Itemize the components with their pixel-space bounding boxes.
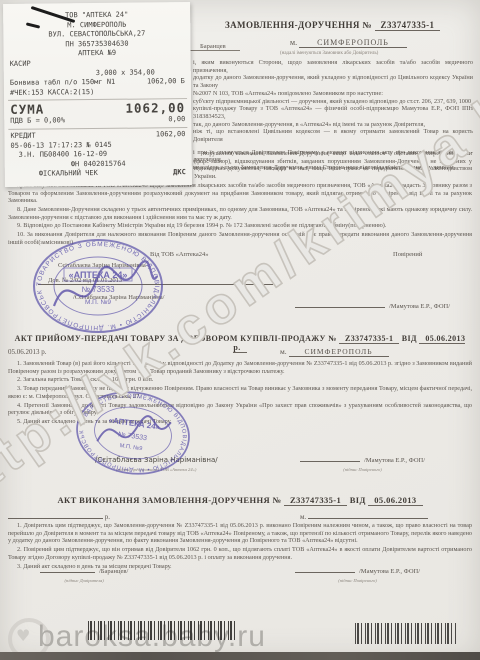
act2-left-letter-text: р.	[105, 513, 110, 521]
receipt-vat-row: ПДВ Б = 0,00% 0,00	[10, 115, 185, 126]
order-city-line: м. СИМФЕРОПОЛЬ	[290, 38, 407, 47]
receipt-fiscal-row: ФІСКАЛЬНИЙ ЧЕК ДКС	[11, 168, 186, 179]
act2-title: АКТ ВИКОНАННЯ ЗАМОВЛЕННЯ-ДОРУЧЕННЯ № Z33…	[8, 495, 472, 505]
order-title-text: ЗАМОВЛЕННЯ-ДОРУЧЕННЯ №	[225, 20, 372, 30]
act2-title-text: АКТ ВИКОНАННЯ ЗАМОВЛЕННЯ-ДОРУЧЕННЯ №	[57, 495, 281, 505]
mid-right-signature-block: /Мамутова Е.Р., ФОП/	[295, 295, 465, 313]
act1-right-signature-caption: (підпис Повіреного)	[300, 467, 425, 472]
order-body-line: купівлі-продажу Товару з ТОВ «Аптека24» …	[193, 105, 473, 120]
heart-icon: ♥	[16, 626, 30, 645]
act2-left-signature-caption: (підпис Довірителя)	[40, 578, 128, 583]
act1-right-signature: /Мамутова Е.Р., ФОП/	[364, 457, 425, 464]
act2-right-letter: м.	[300, 509, 428, 521]
order-paragraph: порушення виконання Замовлення-Доручення…	[194, 150, 472, 181]
order-body-line: так, до даного Замовлення-доручення, в «…	[193, 121, 473, 129]
order-city: СИМФЕРОПОЛЬ	[299, 38, 407, 48]
receipt-fiscal-tag: ДКС	[173, 168, 186, 178]
scan-edge-strip	[0, 652, 480, 660]
order-paragraph: 8. Дане Замовлення-Доручення складено у …	[8, 206, 472, 221]
stamp-mp-label: М.П. №9	[119, 443, 142, 452]
receipt-item-amount: 1062,00 Б	[147, 77, 185, 87]
act2-left-signature: /Баранцев/	[99, 568, 128, 575]
order-city-prefix: м.	[290, 38, 297, 47]
round-stamp-apteka24-1: ТОВАРИСТВО З ОБМЕЖЕНОЮ ВІДПОВІДАЛЬНІСТЮ …	[24, 236, 172, 336]
barcode-right	[355, 623, 457, 644]
order-title: ЗАМОВЛЕННЯ-ДОРУЧЕННЯ № Z33747335-1	[225, 20, 440, 30]
act2-paragraph: 1. Довіритель цим підтверджує, що Замовл…	[8, 522, 472, 545]
act2-right-letter-text: м.	[300, 513, 306, 521]
order-body-line: додатку до даного Замовлення-доручення, …	[193, 74, 473, 89]
act1-city-prefix: м.	[280, 347, 287, 356]
receipt-item-name: Бонвива табл п/о 150мг N1	[10, 78, 115, 89]
order-body-line: суб'єкту підприємницької діяльності — до…	[193, 98, 473, 106]
fiscal-receipt: ТОВ "АПТЕКА 24" М. СИМФЕРОПОЛЬ ВУЛ. СЕВА…	[3, 2, 192, 187]
act1-title: АКТ ПРИЙОМУ-ПЕРЕДАЧІ ТОВАРУ ЗА ДОГОВОРОМ…	[8, 334, 472, 352]
receipt-credit-value: 1062,00	[156, 130, 186, 140]
receipt-item-row: Бонвива табл п/о 150мг N1 1062,00 Б	[10, 77, 185, 88]
act1-date-left: 05.06.2013 р.	[8, 348, 47, 356]
act2-date: 05.06.2013	[368, 495, 422, 506]
order-body-line: №2007 N 103, ТОВ «Аптека24» повідомлено …	[193, 90, 473, 98]
order-body-line: і, яким виконуються Сторони, щодо замовл…	[193, 59, 473, 74]
act2-left-signature-block: /Баранцев/ (підпис Довірителя)	[40, 560, 128, 583]
receipt-sum-row: СУМА 1062,00	[10, 101, 185, 117]
act1-number: Z33747335-1	[339, 334, 399, 344]
act1-from-label: ВІД	[402, 334, 417, 343]
order-paragraph: 9. Відповідно до Постанови Кабінету Міні…	[8, 222, 472, 230]
act1-right-signature-block: /Мамутова Е.Р., ФОП/ (підпис Повіреного)	[300, 449, 425, 472]
receipt-check-line: #ЧЕК:153 КАССА:2(15)	[10, 87, 185, 98]
order-body-line: ніж ті, що встановлені Цивільним кодексо…	[193, 128, 473, 143]
mid-right-label: Повірений	[393, 251, 422, 258]
act2-left-letter: р.	[8, 509, 110, 521]
act1-city: СИМФЕРОПОЛЬ	[289, 347, 389, 357]
order-number: Z33747335-1	[375, 20, 441, 31]
act2-right-signature-block: /Мамутова Е.Р., ФОП/ (підпис Повіреного)	[295, 560, 420, 583]
stamp-mp-label: М.П. №9	[85, 299, 111, 306]
order-customer-name: Баранцев	[186, 43, 240, 51]
receipt-sum-label: СУМА	[10, 103, 44, 117]
receipt-fiscal-label: ФІСКАЛЬНИЙ ЧЕК	[11, 169, 98, 180]
act1-right-signature-line	[300, 452, 360, 462]
round-stamp-apteka24-2: ТОВАРИСТВО З ОБМЕЖЕНОЮ ВІДПОВІДАЛЬНІСТЮ …	[62, 376, 204, 489]
scanned-document-photo: ЗАМОВЛЕННЯ-ДОРУЧЕННЯ № Z33747335-1 Баран…	[0, 0, 480, 660]
receipt-sum-value: 1062,00	[125, 101, 185, 116]
act1-paragraph: 1. Замовлений Товар (в) разі його кілько…	[8, 360, 472, 375]
barcode-left	[88, 621, 236, 640]
mid-right-signature-line	[295, 298, 385, 308]
act2-right-signature: /Мамутова Е.Р., ФОП/	[359, 568, 420, 575]
receipt-vat-label: ПДВ Б = 0,00%	[10, 117, 65, 127]
mid-right-signature: /Мамутова Е.Р., ФОП/	[389, 303, 450, 310]
act2-number: Z33747335-1	[284, 495, 347, 506]
act2-from-label: ВІД	[350, 495, 366, 505]
receipt-vat-value: 0,00	[168, 115, 185, 125]
act1-city-line: м. СИМФЕРОПОЛЬ	[280, 347, 389, 356]
order-parties-note: (надалі іменуються Замовник або Довірите…	[280, 51, 378, 56]
act2-right-signature-caption: (підпис Повіреного)	[295, 578, 420, 583]
stamp-number: № 73533	[81, 285, 115, 294]
receipt-credit-label: КРЕДИТ	[10, 132, 35, 142]
